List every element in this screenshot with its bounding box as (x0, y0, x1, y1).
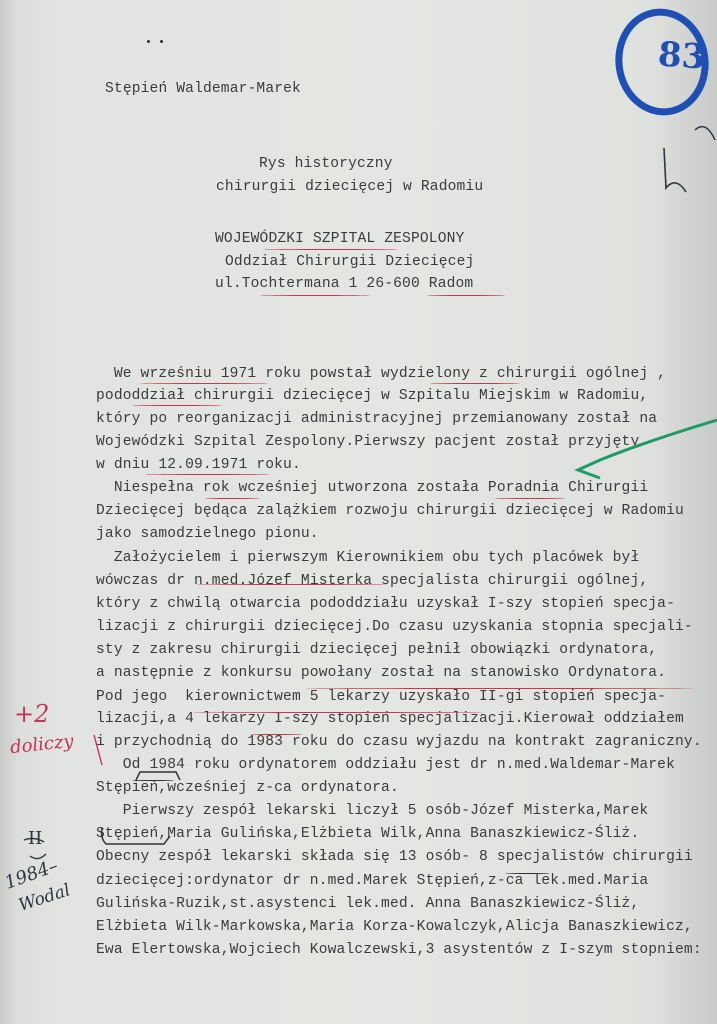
margin-note-plus-two: +2 (14, 700, 49, 728)
margin-note-roman-two: II (28, 828, 42, 849)
document-page: Stępień Waldemar-Marek Rys historyczny c… (0, 0, 717, 1024)
annotation-overlay (0, 0, 717, 1024)
circled-page-number: 83 (657, 34, 707, 77)
